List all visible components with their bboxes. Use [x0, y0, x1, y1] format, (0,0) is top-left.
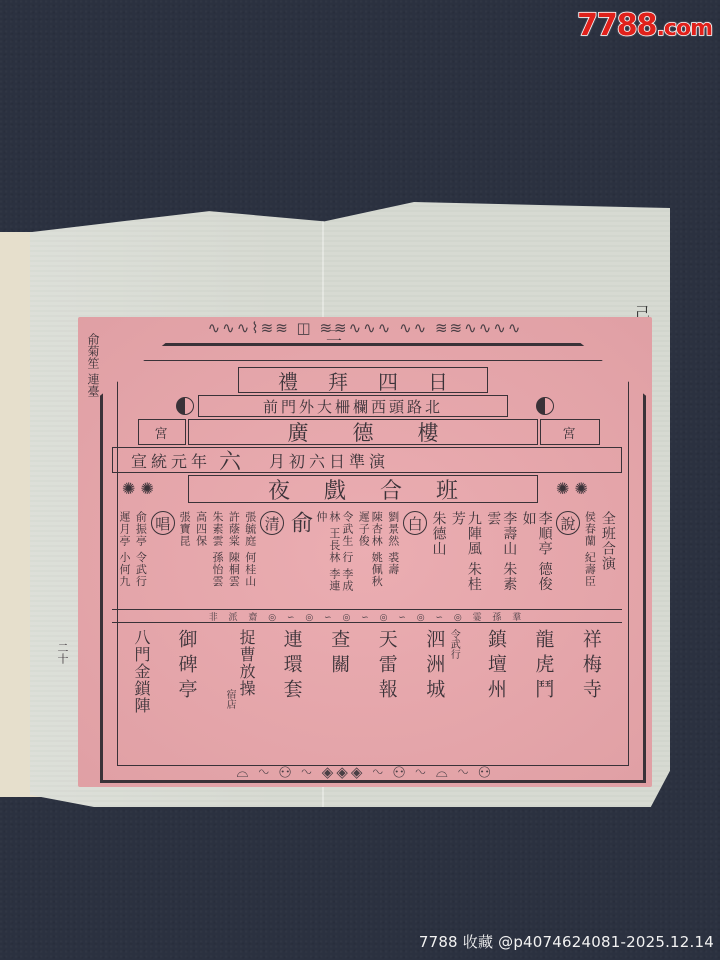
site-logo: 7788.com [577, 8, 712, 43]
playbill-title: 禮拜四日 [238, 367, 488, 393]
taiji-symbol-icon [176, 397, 194, 415]
role-seal-sing: 唱 [151, 511, 175, 535]
starburst-ornament-icon: ✺ ✺ [122, 479, 154, 498]
handwritten-left-annotation: 俞菊笙 連臺 [86, 333, 100, 397]
cast-column: 李壽山 朱素雲 [485, 511, 517, 603]
role-seal-speak: 說 [556, 511, 580, 535]
play-title: 八門金鎖陣 [132, 629, 150, 714]
watermark-caption: 7788 收藏 @p4074624081-2025.12.14 [419, 931, 714, 952]
theater-address: 前門外大柵欄西頭路北 [198, 395, 508, 417]
program-item: 查關 [328, 629, 350, 679]
cast-column: 許蔭棠 陳桐雲 [227, 511, 240, 588]
side-label-right: 宮 [540, 419, 600, 445]
program-list: 祥梅寺 龍虎鬥 鎮壇州 令武行 泗洲城 天雷報 查關 連環套 捉曹放操 宿店 御… [122, 629, 612, 739]
play-note: 宿店 [223, 689, 235, 709]
cast-column: 張寶昆 [178, 511, 191, 547]
role-seal-clear: 清 [260, 511, 284, 535]
program-item: 御碑亭 [176, 629, 198, 704]
program-item: 天雷報 [376, 629, 398, 704]
side-label-left: 宮 [138, 419, 186, 445]
cast-column: 朱素雲 孫怡雲 [211, 511, 224, 588]
play-title: 龍虎鬥 [532, 629, 554, 704]
play-note: 令武行 [447, 629, 459, 659]
cast-column: 侯春蘭 紀壽臣 [583, 511, 596, 588]
top-ornament-band: ∿∿∿⌇≋≋ ◫ ≋≋∿∿∿ ∿∿ ≋≋∿∿∿∿ [148, 319, 582, 341]
play-title: 祥梅寺 [580, 629, 602, 704]
opera-playbill: 俞菊笙 連臺 二十 二 ∿∿∿⌇≋≋ ◫ ≋≋∿∿∿ ∿∿ ≋≋∿∿∿∿ 宮 宮… [78, 317, 652, 787]
ornament-divider: 非 派 齋 ◎ ∽ ◎ ∽ ◎ ∽ ◎ ∽ ◎ ∽ ◎ 霎 孫 羣 [112, 609, 622, 623]
cast-column: 高四保 [195, 511, 208, 547]
play-title: 捉曹放操 [237, 629, 255, 697]
handwritten-side-annotation: 二十 [54, 642, 70, 664]
program-item: 令武行 泗洲城 [423, 629, 459, 704]
program-item: 連環套 [281, 629, 303, 704]
cast-column: 劉景然 裘壽 [387, 511, 400, 576]
cast-column: 朱德山 [430, 511, 446, 556]
cast-column: 遲月亭 小何九 [118, 511, 131, 588]
cast-column: 張毓庭 何桂山 [244, 511, 257, 588]
cast-column: 全班合演 [600, 511, 616, 571]
theater-venue: 廣德樓 [188, 419, 538, 445]
program-item: 祥梅寺 [580, 629, 602, 704]
cast-column: 令武生 行 李成林 王長林 李連仲 [315, 511, 354, 603]
program-item: 八門金鎖陣 [132, 629, 150, 714]
play-title: 天雷報 [376, 629, 398, 704]
cast-column: 陳杏林 姚佩秋 遲子俊 [357, 511, 383, 603]
lead-performer-surname: 俞 [288, 511, 312, 534]
cast-column: 俞振亭 令武行 [134, 511, 147, 588]
date-rest: 月初六日準演 [269, 449, 389, 472]
play-title: 連環套 [281, 629, 303, 704]
cast-column: 九陣風 朱桂芳 [450, 511, 482, 603]
cast-column: 李順亭 德俊如 [521, 511, 553, 603]
performance-date: 宣統 元年 六 月初六日準演 [112, 447, 622, 473]
troupe-name: 夜戲合班 [188, 475, 538, 503]
program-item: 鎮壇州 [485, 629, 507, 704]
play-title: 鎮壇州 [485, 629, 507, 704]
program-item: 龍虎鬥 [532, 629, 554, 704]
date-era: 宣統 [131, 449, 171, 472]
taiji-symbol-icon [536, 397, 554, 415]
logo-digits: 7788 [577, 8, 657, 43]
program-item: 捉曹放操 宿店 [223, 629, 255, 709]
logo-domain: .com [657, 16, 712, 41]
play-title: 泗洲城 [423, 629, 445, 704]
cast-list: 全班合演 侯春蘭 紀壽臣 說 李順亭 德俊如 李壽山 朱素雲 九陣風 朱桂芳 朱… [112, 507, 622, 607]
play-title: 御碑亭 [176, 629, 198, 704]
starburst-ornament-icon: ✺ ✺ [556, 479, 588, 498]
date-month: 六 [219, 445, 261, 476]
role-seal-spoken: 白 [403, 511, 427, 535]
date-year: 元年 [171, 449, 211, 472]
bottom-ornament-band: ⌓ ∿ ⚇ ∿ ◈◈◈ ∿ ⚇ ∿ ⌓ ∿ ⚇ [96, 763, 634, 787]
play-title: 查關 [328, 629, 350, 679]
